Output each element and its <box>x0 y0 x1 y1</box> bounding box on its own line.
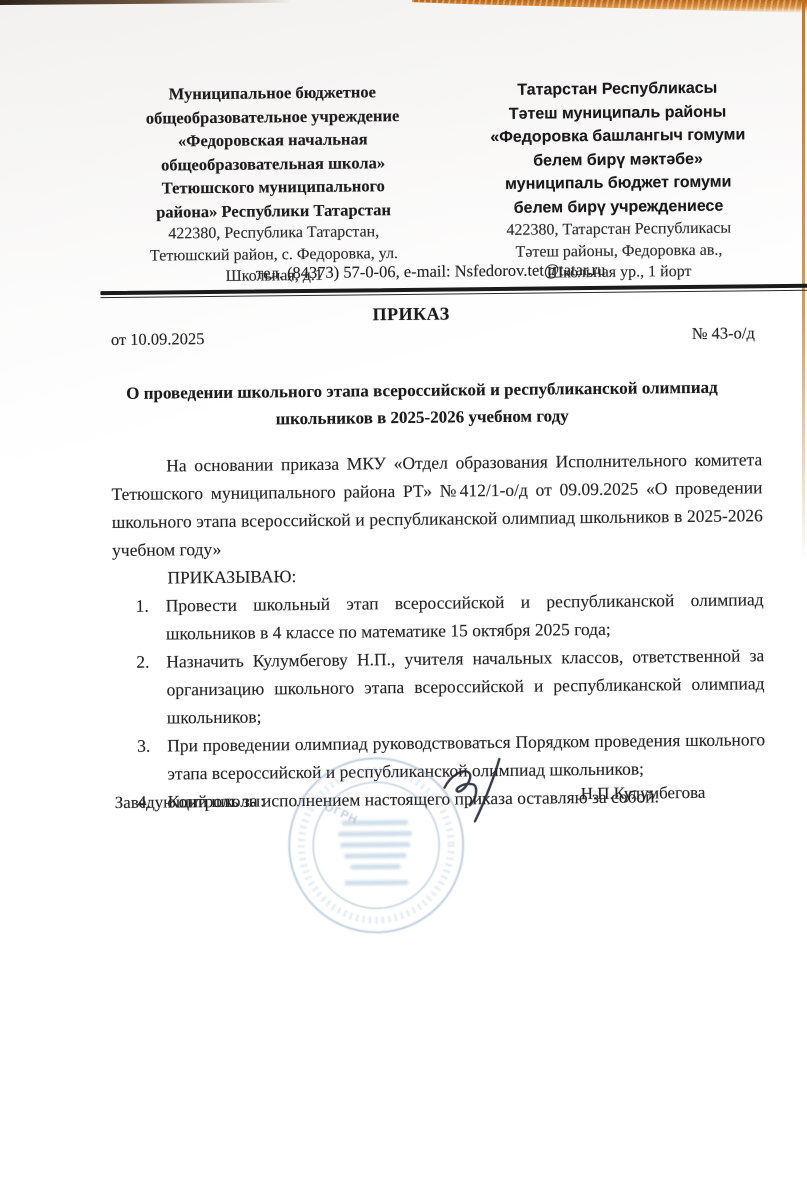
item-number: 1. <box>113 591 167 648</box>
order-item-2: 2. Назначить Кулумбегову Н.П., учителя н… <box>113 641 765 732</box>
item-text: Провести школьный этап всероссийской и р… <box>166 585 765 647</box>
document-body: Муниципальное бюджетное общеобразователь… <box>0 0 807 1200</box>
signer-role: Заведующий школы: <box>115 791 265 813</box>
item-number: 3. <box>114 731 168 788</box>
org-name-russian: Муниципальное бюджетное общеобразователь… <box>83 79 462 224</box>
letterhead-tatar-column: Татарстан Республикасы Тәтеш муниципаль … <box>471 76 765 285</box>
order-date: от 10.09.2025 <box>111 329 205 350</box>
order-intro-paragraph: На основании приказа МКУ «Отдел образова… <box>111 445 763 564</box>
item-number: 2. <box>113 647 167 732</box>
stamp-center-text-blur <box>338 820 413 886</box>
order-item-1: 1. Провести школьный этап всероссийской … <box>113 585 765 648</box>
signer-name: Н.П.Кулумбегова <box>581 783 706 804</box>
order-title: О проведении школьного этапа всероссийск… <box>78 373 766 434</box>
handwritten-signature <box>432 755 525 828</box>
scanned-order-document: Муниципальное бюджетное общеобразователь… <box>0 0 807 1200</box>
item-text: Назначить Кулумбегову Н.П., учителя нача… <box>166 641 765 731</box>
org-name-tatar: Татарстан Республикасы Тәтеш муниципаль … <box>471 76 764 220</box>
order-number: № 43-о/д <box>692 323 755 344</box>
date-number-row: от 10.09.2025 № 43-о/д <box>111 323 755 350</box>
letterhead: Муниципальное бюджетное общеобразователь… <box>0 76 804 290</box>
letterhead-russian-column: Муниципальное бюджетное общеобразователь… <box>83 79 463 288</box>
